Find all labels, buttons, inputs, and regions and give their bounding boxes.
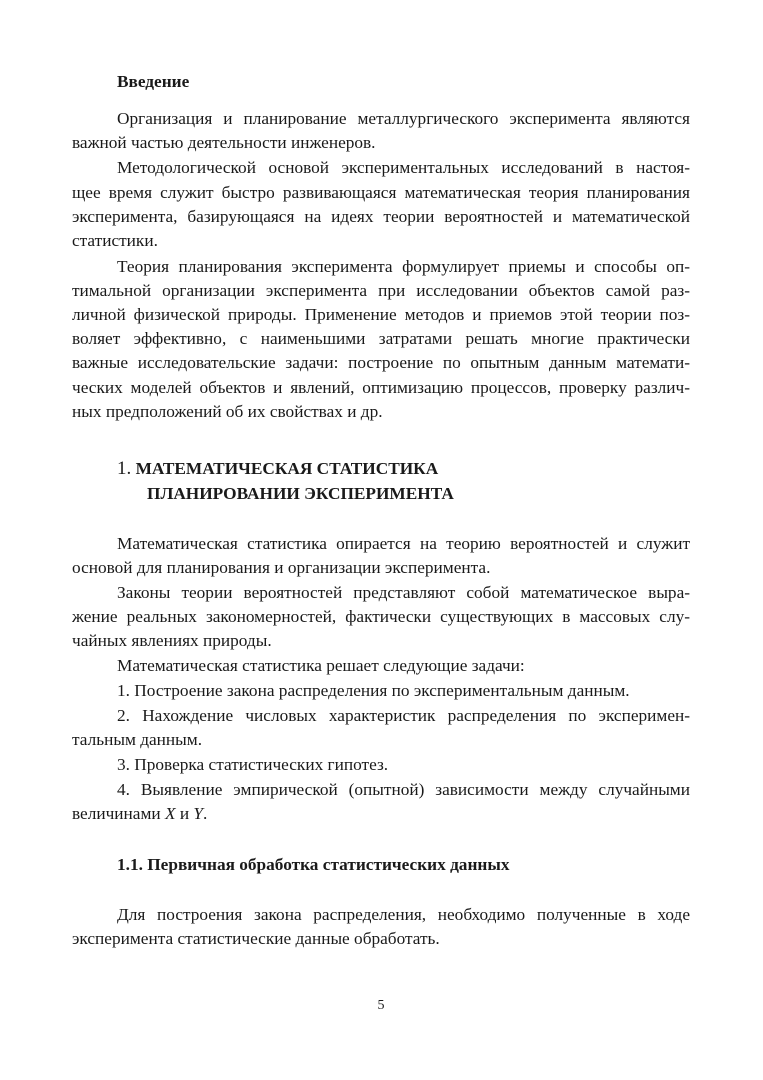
task-item-2-cont: тальным данным. bbox=[72, 728, 690, 752]
task-item-2: 2. Нахождение числовых характеристик рас… bbox=[117, 704, 690, 728]
task-item-4-text: величинами bbox=[72, 804, 165, 823]
chapter-title-line1: МАТЕМАТИЧЕСКАЯ СТАТИСТИКА bbox=[136, 459, 439, 478]
paragraph-line: статистики. bbox=[72, 229, 690, 253]
paragraph-line: ных предположений об их свойствах и др. bbox=[72, 400, 690, 424]
paragraph-line: Математическая статистика опирается на т… bbox=[117, 532, 690, 556]
paragraph-line: воляет эффективно, с наименьшими затрата… bbox=[72, 327, 690, 351]
paragraph-line: ческих моделей объектов и явлений, оптим… bbox=[72, 376, 690, 400]
paragraph-line: важные исследовательские задачи: построе… bbox=[72, 351, 690, 375]
paragraph-line: эксперимента, базирующаяся на идеях теор… bbox=[72, 205, 690, 229]
paragraph-line: щее время служит быстро развивающаяся ма… bbox=[72, 181, 690, 205]
paragraph-line: тимальной организации эксперимента при и… bbox=[72, 279, 690, 303]
conjunction: и bbox=[176, 804, 194, 823]
task-item-1: 1. Построение закона распределения по эк… bbox=[117, 679, 690, 703]
variable-y: Y bbox=[193, 804, 203, 823]
period: . bbox=[203, 804, 207, 823]
paragraph-line: чайных явлениях природы. bbox=[72, 629, 690, 653]
paragraph-line: важной частью деятельности инженеров. bbox=[72, 131, 690, 155]
page-number: 5 bbox=[72, 997, 690, 1015]
intro-heading: Введение bbox=[117, 70, 690, 94]
paragraph-line: эксперимента статистические данные обраб… bbox=[72, 927, 690, 951]
chapter-heading-line1: 1. МАТЕМАТИЧЕСКАЯ СТАТИСТИКА bbox=[117, 457, 690, 481]
paragraph-line: Теория планирования эксперимента формули… bbox=[117, 255, 690, 279]
paragraph-line: личной физической природы. Применение ме… bbox=[72, 303, 690, 327]
paragraph-line: Для построения закона распределения, нео… bbox=[117, 903, 690, 927]
paragraph-line: основой для планирования и организации э… bbox=[72, 556, 690, 580]
paragraph-line: жение реальных закономерностей, фактичес… bbox=[72, 605, 690, 629]
variable-x: X bbox=[165, 804, 176, 823]
task-item-4-cont: величинами X и Y. bbox=[72, 802, 690, 826]
chapter-number: 1. bbox=[117, 458, 131, 479]
chapter-heading-line2: ПЛАНИРОВАНИИ ЭКСПЕРИМЕНТА bbox=[147, 482, 690, 506]
section-heading: 1.1. Первичная обработка статистических … bbox=[117, 853, 690, 877]
task-item-4: 4. Выявление эмпирической (опытной) зави… bbox=[117, 778, 690, 802]
task-item-3: 3. Проверка статистических гипотез. bbox=[117, 753, 690, 777]
paragraph-line: Законы теории вероятностей представляют … bbox=[117, 581, 690, 605]
paragraph-line: Организация и планирование металлургичес… bbox=[117, 107, 690, 131]
paragraph-line: Математическая статистика решает следующ… bbox=[117, 654, 690, 678]
paragraph-line: Методологической основой экспериментальн… bbox=[117, 156, 690, 180]
